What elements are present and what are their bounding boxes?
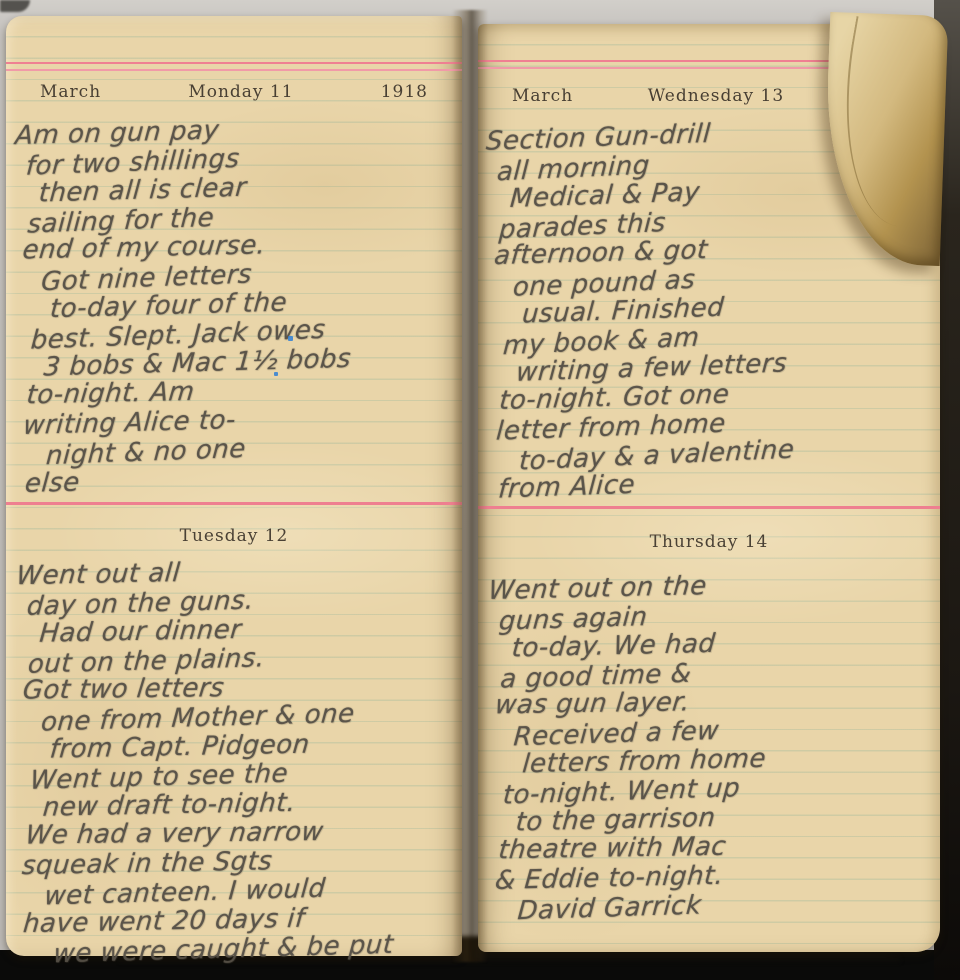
day-label: Tuesday 12 [180,526,289,546]
month-label: March [40,82,101,102]
printed-day-header: Tuesday 12 [6,526,462,546]
scan-corner-smudge [0,0,30,12]
day-label: Wednesday 13 [648,86,784,106]
handwritten-entry-thursday-14: Went out on theguns againto-day. We hada… [488,567,936,925]
month-label: March [512,86,573,106]
handwritten-entry-tuesday-12: Went out allday on the guns.Had our dinn… [16,554,458,968]
year-label: 1918 [381,82,428,102]
day-label: Monday 11 [188,82,293,102]
printed-day-header: Thursday 14 [478,532,940,552]
diary-page-right: March Wednesday 13 1918 Section Gun-dril… [478,24,940,952]
printed-mid-rule [478,506,940,509]
printed-page-header: March Monday 11 1918 [6,82,462,102]
diary-scan: March Monday 11 1918 Am on gun payfor tw… [0,0,960,980]
day-label: Thursday 14 [650,532,769,552]
diary-page-left: March Monday 11 1918 Am on gun payfor tw… [6,16,462,956]
printed-double-rule [6,62,462,71]
printed-mid-rule [6,502,462,505]
handwritten-entry-monday-11: Am on gun payfor two shillingsthen all i… [15,110,459,499]
ink-speck [288,336,293,341]
ink-speck [274,372,278,376]
